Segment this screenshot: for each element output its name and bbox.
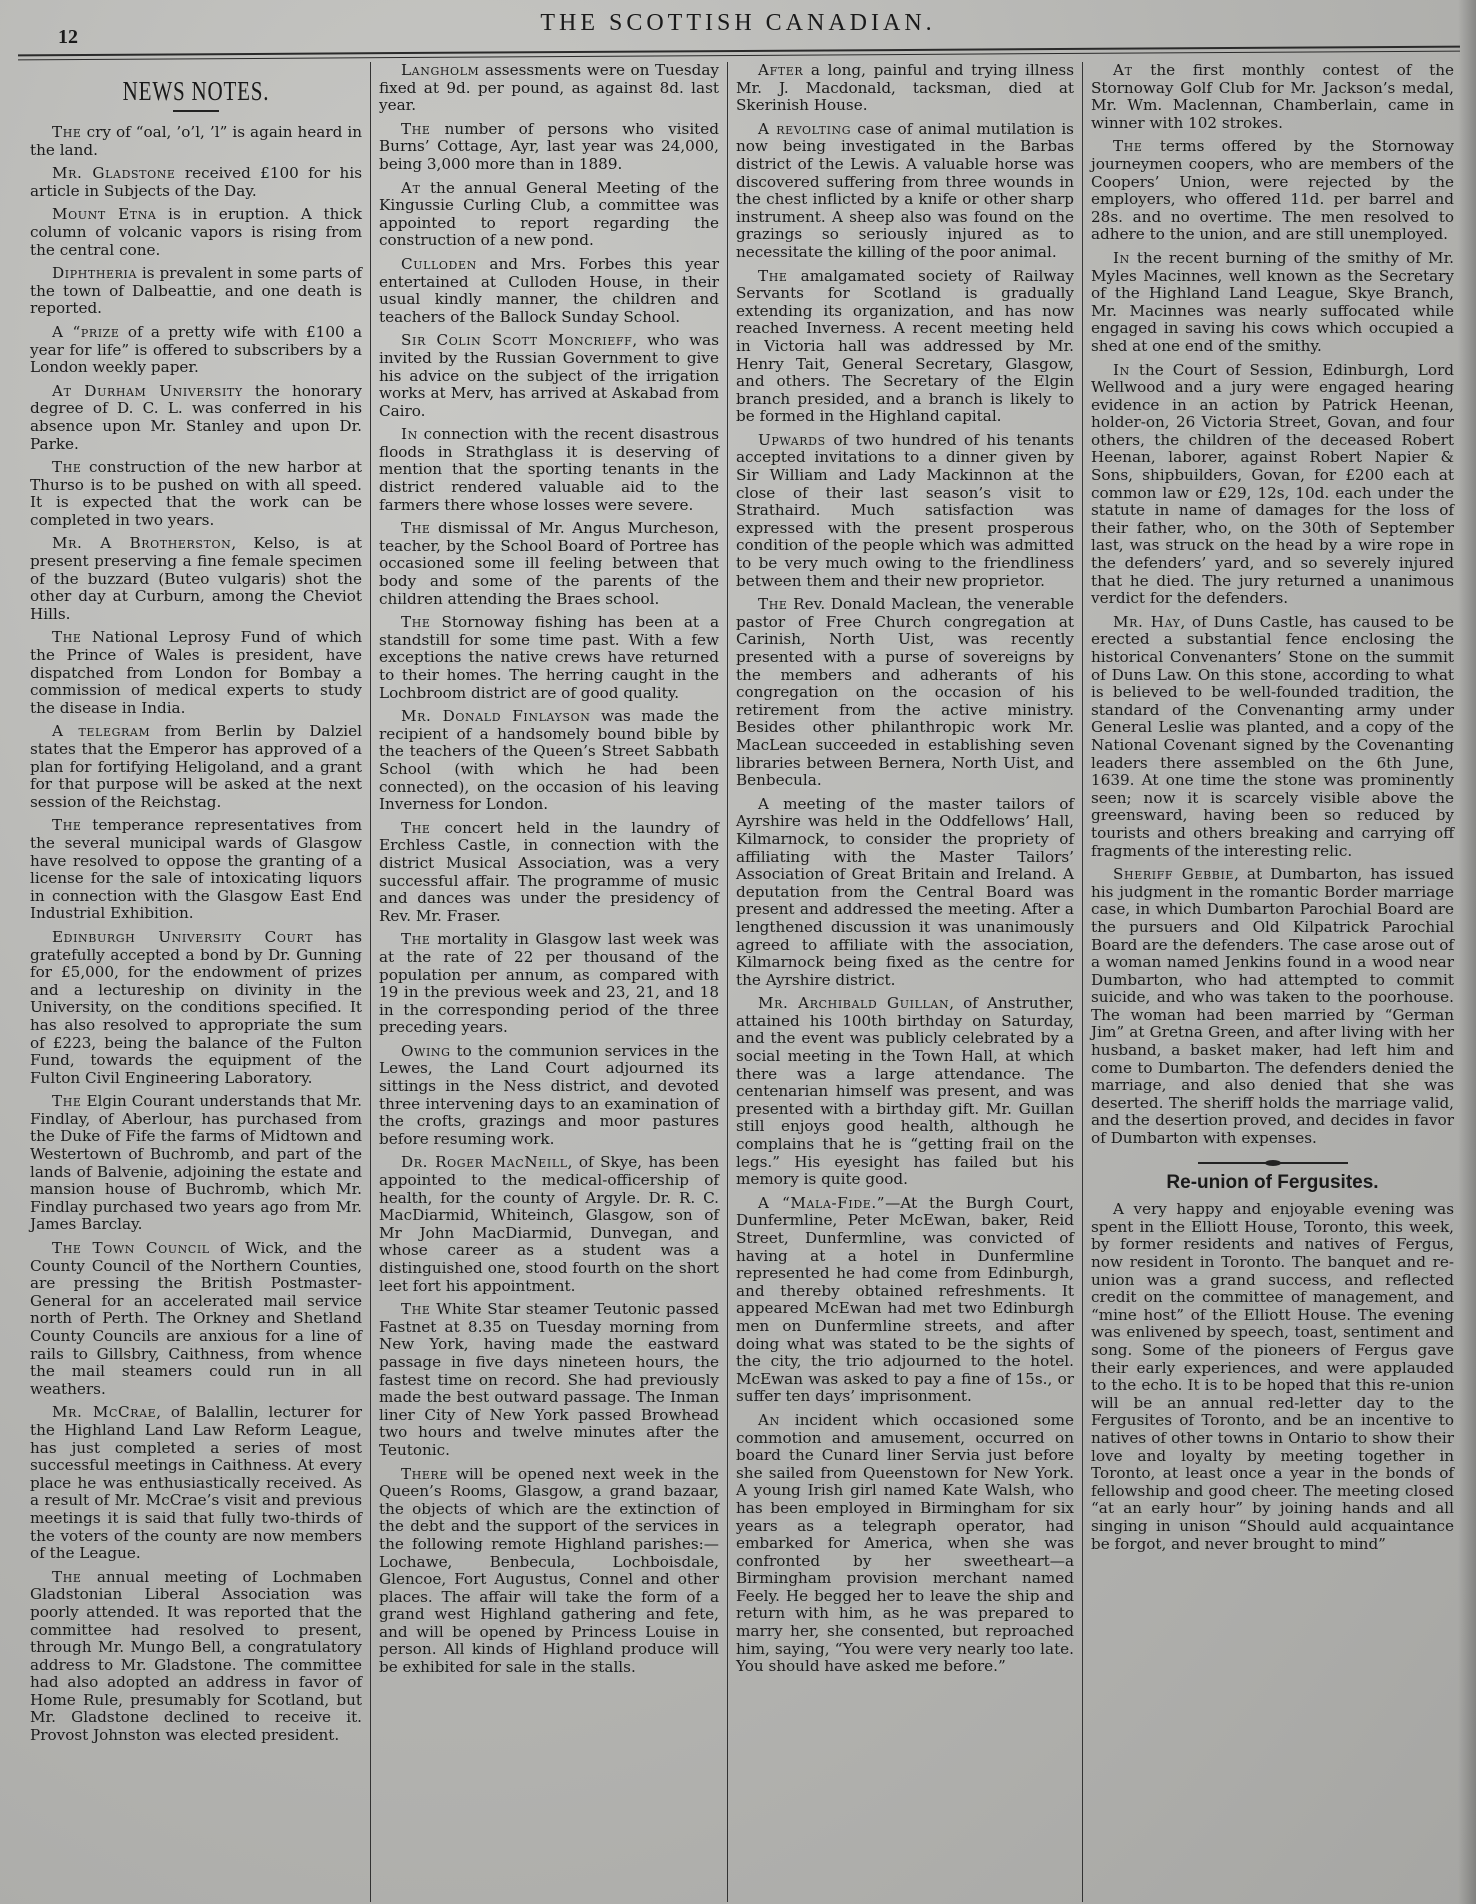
news-item-lead: Langholm bbox=[401, 62, 479, 79]
news-item: In connection with the recent disastrous… bbox=[379, 426, 719, 514]
news-item-lead: A revolting bbox=[758, 120, 851, 138]
news-item-lead: The bbox=[1113, 137, 1143, 155]
news-item-lead: The bbox=[401, 1300, 431, 1318]
news-item-lead: Upwards bbox=[758, 431, 826, 449]
news-item-text: of Wick, and the County Council of the N… bbox=[30, 1239, 362, 1398]
news-item: In the Court of Session, Edinburgh, Lord… bbox=[1091, 362, 1454, 608]
news-item-lead: The bbox=[52, 123, 82, 141]
news-item: Mount Etna is in eruption. A thick colum… bbox=[30, 206, 362, 259]
news-item-lead: Diphtheria bbox=[52, 264, 137, 282]
news-item-lead: The bbox=[758, 267, 788, 285]
news-item-text: annual meeting of Lochmaben Gladstonian … bbox=[30, 1568, 362, 1744]
news-item-text: Rev. Donald Maclean, the venerable pasto… bbox=[736, 595, 1074, 789]
columns: NEWS NOTES. The cry of “oal, ’o’l, ’l” i… bbox=[22, 62, 1462, 1902]
news-item-lead: The bbox=[401, 120, 431, 138]
news-item: Owing to the communion services in the L… bbox=[379, 1043, 719, 1149]
news-item: A telegram from Berlin by Dalziel states… bbox=[30, 723, 362, 811]
paper-title: THE SCOTTISH CANADIAN. bbox=[0, 10, 1476, 37]
news-item: An incident which occasioned some commot… bbox=[736, 1412, 1074, 1676]
title-divider bbox=[173, 110, 219, 112]
news-item-lead: An bbox=[758, 1411, 780, 1429]
masthead: 12 THE SCOTTISH CANADIAN. bbox=[0, 0, 1476, 60]
news-item-text: number of persons who visited Burns’ Cot… bbox=[379, 120, 719, 173]
news-item-lead: The Town Council bbox=[52, 1239, 210, 1257]
news-item-lead: A “Mala-Fide.” bbox=[758, 1194, 885, 1212]
column-2: Langholm assessments were on Tuesday fix… bbox=[370, 62, 727, 1902]
news-item-lead: Edinburgh University Court bbox=[52, 928, 313, 946]
news-item-lead: Culloden bbox=[401, 255, 477, 273]
news-item-lead: In bbox=[1113, 361, 1130, 379]
news-item-lead: In bbox=[1113, 249, 1130, 267]
news-item-lead: Dr. Roger MacNeill bbox=[401, 1153, 568, 1171]
news-item-text: A meeting of the master tailors of Ayrsh… bbox=[736, 795, 1074, 989]
news-item-text: , of Anstruther, attained his 100th birt… bbox=[736, 994, 1074, 1188]
news-item-text: has gratefully accepted a bond by Dr. Gu… bbox=[30, 928, 362, 1087]
news-item-text: incident which occasioned some commotion… bbox=[736, 1411, 1074, 1675]
section-title: NEWS NOTES. bbox=[67, 76, 326, 106]
news-item: Mr. A Brotherston, Kelso, is at present … bbox=[30, 535, 362, 623]
news-item-lead: Mr. Archibald Guillan bbox=[758, 994, 949, 1012]
news-item: Langholm assessments were on Tuesday fix… bbox=[379, 62, 719, 115]
news-item: A “prize of a pretty wife with £100 a ye… bbox=[30, 324, 362, 377]
news-item: Upwards of two hundred of his tenants ac… bbox=[736, 432, 1074, 590]
news-item-text: the first monthly contest of the Stornow… bbox=[1091, 62, 1454, 132]
news-item: The Rev. Donald Maclean, the venerable p… bbox=[736, 596, 1074, 790]
news-item: Diphtheria is prevalent in some parts of… bbox=[30, 265, 362, 318]
news-item: Mr. Hay, of Duns Castle, has caused to b… bbox=[1091, 614, 1454, 860]
column-3: After a long, painful and trying illness… bbox=[727, 62, 1082, 1902]
news-item: A meeting of the master tailors of Ayrsh… bbox=[736, 796, 1074, 990]
news-item: Sheriff Gebbie, at Dumbarton, has issued… bbox=[1091, 866, 1454, 1148]
news-item: The terms offered by the Stornoway journ… bbox=[1091, 138, 1454, 244]
news-item-text: will be opened next week in the Queen’s … bbox=[379, 1465, 719, 1677]
news-item: Sir Colin Scott Moncrieff, who was invit… bbox=[379, 332, 719, 420]
news-item: A revolting case of animal mutilation is… bbox=[736, 121, 1074, 262]
news-item-text: the recent burning of the smithy of Mr. … bbox=[1091, 249, 1454, 355]
masthead-rule-thin bbox=[18, 51, 1460, 61]
article-title: Re-union of Fergusites. bbox=[1091, 1174, 1454, 1192]
news-item: The annual meeting of Lochmaben Gladston… bbox=[30, 1569, 362, 1745]
column-3-items: After a long, painful and trying illness… bbox=[736, 62, 1074, 1676]
news-item-text: of two hundred of his tenants accepted i… bbox=[736, 431, 1074, 590]
news-item-lead: Mr. Donald Finlayson bbox=[401, 707, 590, 725]
news-item-lead: The bbox=[758, 595, 788, 613]
news-item-lead: Mr. Gladstone bbox=[52, 164, 176, 182]
news-item-lead: The bbox=[401, 819, 431, 837]
news-item-text: dismissal of Mr. Angus Murcheson, teache… bbox=[379, 519, 719, 607]
news-item-text: , of Duns Castle, has caused to be erect… bbox=[1091, 613, 1454, 860]
column-2-items: Langholm assessments were on Tuesday fix… bbox=[379, 62, 719, 1677]
news-item-text: connection with the recent disastrous fl… bbox=[379, 425, 719, 513]
news-item: Mr. McCrae, of Balallin, lecturer for th… bbox=[30, 1404, 362, 1562]
news-item: At the first monthly contest of the Stor… bbox=[1091, 62, 1454, 132]
news-item: There will be opened next week in the Qu… bbox=[379, 1466, 719, 1677]
news-item: The temperance representatives from the … bbox=[30, 817, 362, 923]
news-item-text: the annual General Meeting of the Kingus… bbox=[379, 179, 719, 250]
news-item-text: concert held in the laundry of Erchless … bbox=[379, 819, 719, 925]
news-item-lead: Owing bbox=[401, 1042, 451, 1060]
news-item: The construction of the new harbor at Th… bbox=[30, 459, 362, 529]
news-item: Mr. Archibald Guillan, of Anstruther, at… bbox=[736, 995, 1074, 1189]
news-item-lead: The bbox=[401, 930, 431, 948]
column-1: NEWS NOTES. The cry of “oal, ’o’l, ’l” i… bbox=[22, 62, 370, 1902]
news-item: The Elgin Courant understands that Mr. F… bbox=[30, 1093, 362, 1234]
column-4-items: At the first monthly contest of the Stor… bbox=[1091, 62, 1454, 1148]
news-item: The cry of “oal, ’o’l, ’l” is again hear… bbox=[30, 124, 362, 159]
news-item-lead: Mount Etna bbox=[52, 205, 156, 223]
news-item-text: Stornoway fishing has been at a standsti… bbox=[379, 613, 719, 701]
news-item-lead: The bbox=[52, 816, 82, 834]
news-item: Mr. Gladstone received £100 for his arti… bbox=[30, 165, 362, 200]
ornamental-divider bbox=[1198, 1162, 1348, 1164]
news-item-lead: A telegram bbox=[52, 722, 150, 740]
news-item-lead: In bbox=[401, 425, 418, 443]
news-item: The amalgamated society of Railway Serva… bbox=[736, 268, 1074, 426]
newspaper-page: 12 THE SCOTTISH CANADIAN. NEWS NOTES. Th… bbox=[0, 0, 1476, 1904]
news-item: After a long, painful and trying illness… bbox=[736, 62, 1074, 115]
news-item: In the recent burning of the smithy of M… bbox=[1091, 250, 1454, 356]
news-item-lead: There bbox=[401, 1465, 448, 1483]
news-item-lead: Sheriff Gebbie bbox=[1113, 865, 1234, 883]
news-item-lead: At Durham University bbox=[52, 382, 243, 400]
news-item-lead: The bbox=[401, 519, 431, 537]
news-item-lead: Sir Colin Scott Moncrieff bbox=[401, 331, 632, 349]
news-item: The White Star steamer Teutonic passed F… bbox=[379, 1301, 719, 1459]
news-item: A “Mala-Fide.”—At the Burgh Court, Dunfe… bbox=[736, 1195, 1074, 1406]
news-item: Dr. Roger MacNeill, of Skye, has been ap… bbox=[379, 1154, 719, 1295]
news-item-lead: The bbox=[52, 1568, 82, 1586]
news-item: The dismissal of Mr. Angus Murcheson, te… bbox=[379, 520, 719, 608]
news-item-lead: The bbox=[52, 1092, 82, 1110]
news-item-text: amalgamated society of Railway Servants … bbox=[736, 267, 1074, 426]
news-item: At the annual General Meeting of the Kin… bbox=[379, 180, 719, 250]
news-item-text: —At the Burgh Court, Dunfermline, Peter … bbox=[736, 1194, 1074, 1406]
news-item-lead: Mr. McCrae bbox=[52, 1403, 156, 1421]
news-item: The number of persons who visited Burns’… bbox=[379, 121, 719, 174]
news-item-lead: At bbox=[1113, 62, 1133, 79]
page-edge-shadow bbox=[1458, 0, 1476, 1904]
news-item: Culloden and Mrs. Forbes this year enter… bbox=[379, 256, 719, 326]
news-item-lead: Mr. A Brotherston bbox=[52, 534, 231, 552]
news-item: The Stornoway fishing has been at a stan… bbox=[379, 614, 719, 702]
news-item-text: , at Dumbarton, has issued his judgment … bbox=[1091, 865, 1454, 1147]
news-item-text: White Star steamer Teutonic passed Fastn… bbox=[379, 1300, 719, 1459]
news-item-lead: A “prize bbox=[52, 323, 120, 341]
column-1-items: The cry of “oal, ’o’l, ’l” is again hear… bbox=[30, 124, 362, 1745]
news-item-lead: After bbox=[758, 62, 803, 79]
news-item-text: case of animal mutilation is now being i… bbox=[736, 120, 1074, 261]
news-item-text: terms offered by the Stornoway journeyme… bbox=[1091, 137, 1454, 243]
news-item-lead: The bbox=[401, 613, 431, 631]
news-item-text: Elgin Courant understands that Mr. Findl… bbox=[30, 1092, 362, 1233]
news-item-lead: Mr. Hay bbox=[1113, 613, 1181, 631]
news-item: The mortality in Glasgow last week was a… bbox=[379, 931, 719, 1037]
news-item-text: , of Skye, has been appointed to the med… bbox=[379, 1153, 719, 1294]
news-item: Mr. Donald Finlayson was made the recipi… bbox=[379, 708, 719, 814]
news-item: Edinburgh University Court has gratefull… bbox=[30, 929, 362, 1087]
news-item-lead: The bbox=[52, 458, 82, 476]
news-item-lead: The bbox=[52, 628, 82, 646]
news-item: The National Leprosy Fund of which the P… bbox=[30, 629, 362, 717]
news-item: The concert held in the laundry of Erchl… bbox=[379, 820, 719, 926]
column-4: At the first monthly contest of the Stor… bbox=[1082, 62, 1462, 1902]
news-item: At Durham University the honorary degree… bbox=[30, 383, 362, 453]
news-item-lead: At bbox=[401, 179, 421, 197]
news-item: The Town Council of Wick, and the County… bbox=[30, 1240, 362, 1398]
news-item-text: mortality in Glasgow last week was at th… bbox=[379, 930, 719, 1036]
news-item-text: the Court of Session, Edinburgh, Lord We… bbox=[1091, 361, 1454, 608]
article-body: A very happy and enjoyable evening was s… bbox=[1091, 1201, 1454, 1553]
news-item-text: , of Balallin, lecturer for the Highland… bbox=[30, 1403, 362, 1562]
